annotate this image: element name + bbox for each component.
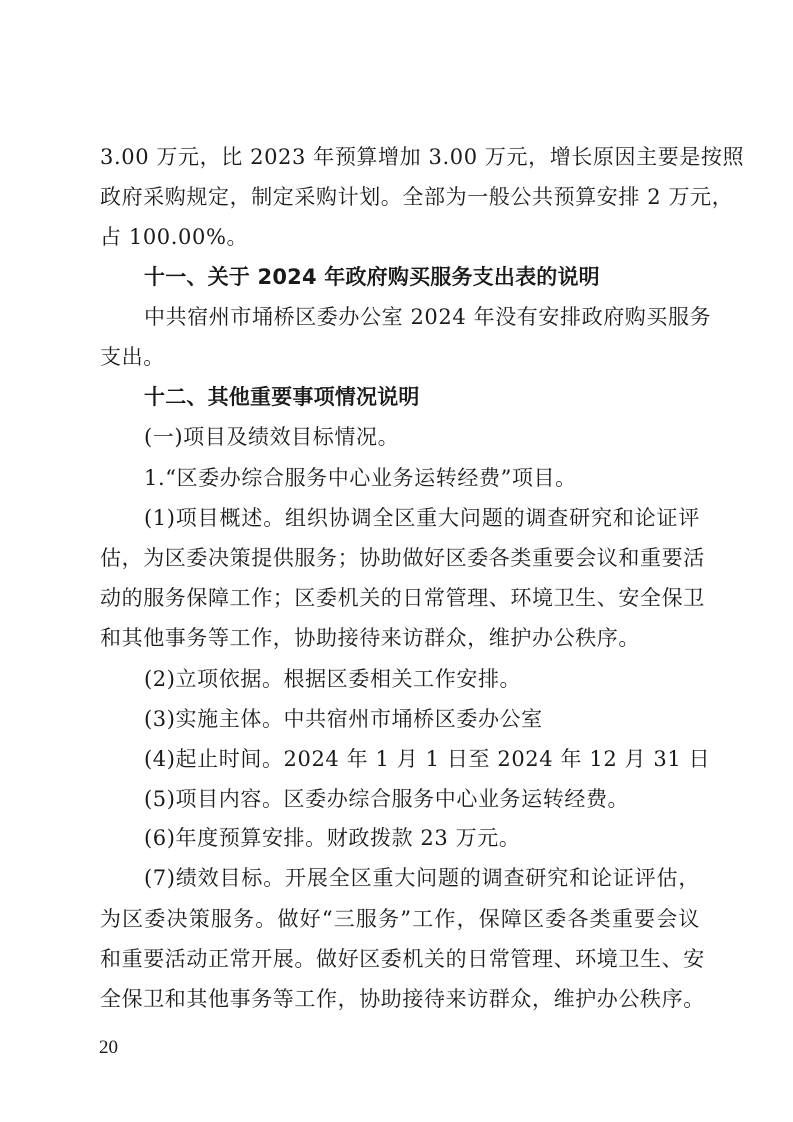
text-line: (7)绩效目标。开展全区重大问题的调查研究和论证评估，	[144, 865, 700, 891]
text-line: 估，为区委决策提供服务；协助做好区委各类重要会议和重要活	[100, 545, 700, 571]
document-page: 3.00 万元，比 2023 年预算增加 3.00 万元，增长原因主要是按照政府…	[0, 0, 793, 1122]
text-line: 占 100.00%。	[100, 224, 700, 250]
text-line: (2)立项依据。根据区委相关工作安排。	[144, 666, 700, 692]
text-line: 中共宿州市埇桥区委办公室 2024 年没有安排政府购买服务	[144, 304, 700, 330]
text-line: (6)年度预算安排。财政拨款 23 万元。	[144, 825, 700, 851]
page-number: 20	[99, 1036, 118, 1060]
text-line: 政府采购规定，制定采购计划。全部为一般公共预算安排 2 万元，	[100, 184, 700, 210]
text-line: (3)实施主体。中共宿州市埇桥区委办公室	[144, 706, 700, 732]
text-line: 动的服务保障工作；区委机关的日常管理、环境卫生、安全保卫	[100, 585, 700, 611]
text-line: (4)起止时间。2024 年 1 月 1 日至 2024 年 12 月 31 日	[144, 746, 700, 772]
text-line: (5)项目内容。区委办综合服务中心业务运转经费。	[144, 786, 700, 812]
text-line: 支出。	[100, 344, 700, 370]
text-line: 全保卫和其他事务等工作，协助接待来访群众，维护办公秩序。	[100, 986, 700, 1012]
section-heading: 十二、其他重要事项情况说明	[144, 384, 700, 410]
text-line: (一)项目及绩效目标情况。	[144, 424, 700, 450]
section-heading: 十一、关于 2024 年政府购买服务支出表的说明	[144, 264, 700, 290]
text-line: 为区委决策服务。做好“三服务”工作，保障区委各类重要会议	[100, 906, 700, 932]
text-line: (1)项目概述。组织协调全区重大问题的调查研究和论证评	[144, 505, 700, 531]
text-line: 3.00 万元，比 2023 年预算增加 3.00 万元，增长原因主要是按照	[100, 144, 700, 170]
text-line: 和其他事务等工作，协助接待来访群众，维护办公秩序。	[100, 625, 700, 651]
text-line: 1.“区委办综合服务中心业务运转经费”项目。	[144, 465, 700, 491]
text-line: 和重要活动正常开展。做好区委机关的日常管理、环境卫生、安	[100, 946, 700, 972]
